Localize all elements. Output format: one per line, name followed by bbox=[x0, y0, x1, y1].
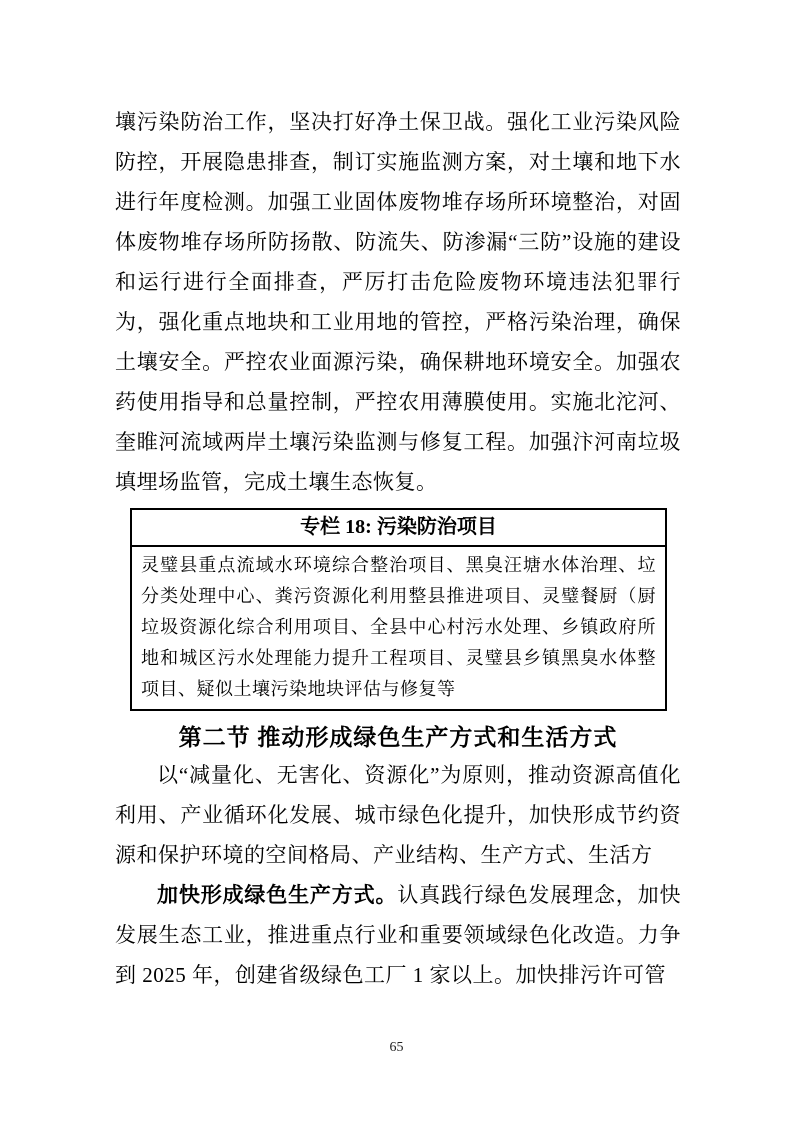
text-line: 垃圾资源化综合利用项目、全县中心村污水处理、乡镇政府所在 bbox=[141, 612, 656, 643]
text-line: 利用、产业循环化发展、城市绿色化提升，加快形成节约资 bbox=[115, 795, 681, 835]
section-heading: 第二节 推动形成绿色生产方式和生活方式 bbox=[115, 721, 681, 755]
text-line: 发展生态工业，推进重点行业和重要领域绿色化改造。力争 bbox=[115, 915, 681, 955]
text-line: 为，强化重点地块和工业用地的管控，严格污染治理，确保 bbox=[115, 302, 681, 342]
text-line: 地和城区污水处理能力提升工程项目、灵璧县乡镇黑臭水体整治 bbox=[141, 643, 656, 674]
paragraph-green-principles: 以“减量化、无害化、资源化”为原则，推动资源高值化 利用、产业循环化发展、城市绿… bbox=[115, 755, 681, 875]
lead-rest-text: 认真践行绿色发展理念，加快 bbox=[397, 883, 681, 907]
text-line: 药使用指导和总量控制，严控农用薄膜使用。实施北沱河、 bbox=[115, 382, 681, 422]
text-line: 分类处理中心、粪污资源化利用整县推进项目、灵璧餐厨（厨余） bbox=[141, 581, 656, 612]
page-content: 壤污染防治工作，坚决打好净土保卫战。强化工业污染风险 防控，开展隐患排查，制订实… bbox=[115, 102, 681, 995]
text-line: 体废物堆存场所防扬散、防流失、防渗漏“三防”设施的建设 bbox=[115, 222, 681, 262]
text-line: 壤污染防治工作，坚决打好净土保卫战。强化工业污染风险 bbox=[115, 102, 681, 142]
text-line: 进行年度检测。加强工业固体废物堆存场所环境整治，对固 bbox=[115, 182, 681, 222]
text-line: 源和保护环境的空间格局、产业结构、生产方式、生活方式。 bbox=[115, 835, 681, 875]
text-line: 和运行进行全面排查，严厉打击危险废物环境违法犯罪行 bbox=[115, 262, 681, 302]
text-line: 奎睢河流域两岸土壤污染监测与修复工程。加强汴河南垃圾 bbox=[115, 422, 681, 462]
paragraph-soil-pollution: 壤污染防治工作，坚决打好净土保卫战。强化工业污染风险 防控，开展隐患排查，制订实… bbox=[115, 102, 681, 502]
text-line: 土壤安全。严控农业面源污染，确保耕地环境安全。加强农 bbox=[115, 342, 681, 382]
bold-lead-text: 加快形成绿色生产方式。 bbox=[157, 883, 397, 907]
text-line: 项目、疑似土壤污染地块评估与修复等 bbox=[141, 674, 656, 705]
text-line: 加快形成绿色生产方式。认真践行绿色发展理念，加快 bbox=[115, 875, 681, 915]
column-box-body: 灵璧县重点流域水环境综合整治项目、黑臭汪塘水体治理、垃圾 分类处理中心、粪污资源… bbox=[132, 547, 665, 709]
text-line: 防控，开展隐患排查，制订实施监测方案，对土壤和地下水 bbox=[115, 142, 681, 182]
text-line: 填埋场监管，完成土壤生态恢复。 bbox=[115, 462, 681, 502]
column-box-title: 专栏 18: 污染防治项目 bbox=[132, 510, 665, 547]
text-line: 灵璧县重点流域水环境综合整治项目、黑臭汪塘水体治理、垃圾 bbox=[141, 550, 656, 581]
text-line: 到 2025 年，创建省级绿色工厂 1 家以上。加快排污许可管 bbox=[115, 955, 681, 995]
paragraph-green-production: 加快形成绿色生产方式。认真践行绿色发展理念，加快 发展生态工业，推进重点行业和重… bbox=[115, 875, 681, 995]
text-line: 以“减量化、无害化、资源化”为原则，推动资源高值化 bbox=[115, 755, 681, 795]
column-box-pollution-projects: 专栏 18: 污染防治项目 灵璧县重点流域水环境综合整治项目、黑臭汪塘水体治理、… bbox=[130, 508, 667, 711]
page-number: 65 bbox=[0, 1038, 793, 1058]
document-page: 壤污染防治工作，坚决打好净土保卫战。强化工业污染风险 防控，开展隐患排查，制订实… bbox=[0, 0, 793, 1122]
